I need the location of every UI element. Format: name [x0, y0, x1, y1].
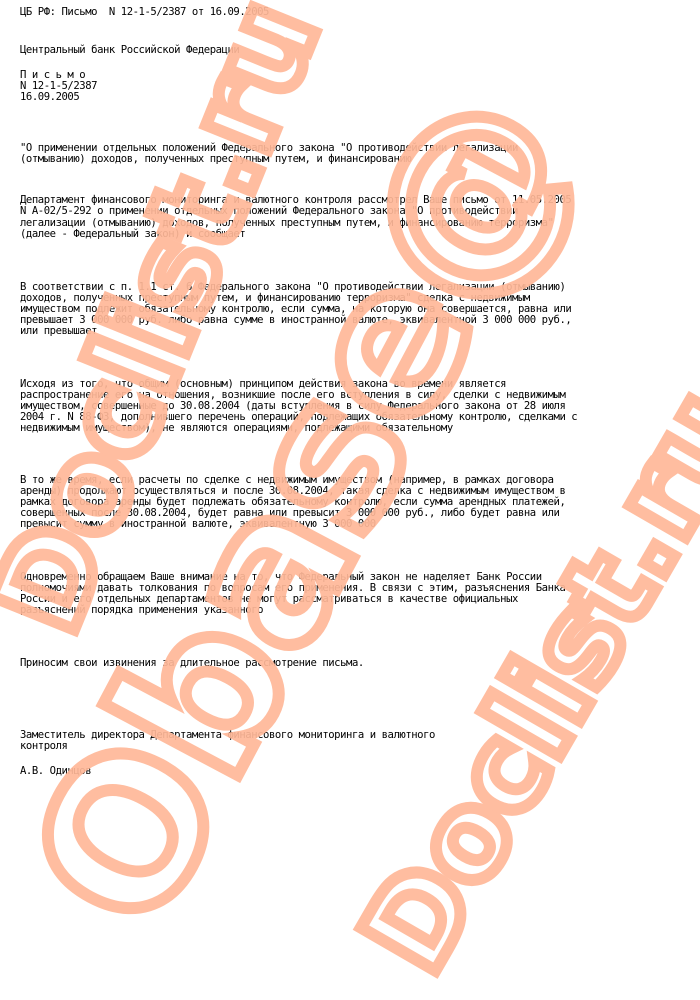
paragraph-line: Приносим свои извинения за длительное ра… — [20, 658, 364, 669]
issuer: Центральный банк Российской Федерации — [20, 45, 239, 56]
paragraph-line: или превышает — [20, 326, 97, 337]
signatory-title: контроля — [20, 741, 67, 752]
paragraph-line: (далее - Федеральный закон) и сообщает — [20, 229, 245, 240]
paragraph-line: недвижимым имуществом), не являются опер… — [20, 423, 453, 434]
paragraph-line: N А-02/5-292 о применении отдельных поло… — [20, 206, 518, 217]
doc-date: 16.09.2005 — [20, 92, 79, 103]
signatory-name: А.В. Одинцов — [20, 766, 91, 777]
watermark-text-right: Doclist.ru — [335, 368, 700, 994]
paragraph-line: превышает 3 000 000 руб. либо равна сумм… — [20, 315, 571, 326]
paragraph-line: превысит сумму в иностранной валюте, экв… — [20, 519, 376, 530]
signatory-title: Заместитель директора Департамента финан… — [20, 730, 435, 741]
paragraph-line: разъяснений порядка применения указанног… — [20, 605, 263, 616]
subject-line: (отмыванию) доходов, полученных преступн… — [20, 154, 411, 165]
header-line: ЦБ РФ: Письмо N 12-1-5/2387 от 16.09.200… — [20, 7, 269, 18]
